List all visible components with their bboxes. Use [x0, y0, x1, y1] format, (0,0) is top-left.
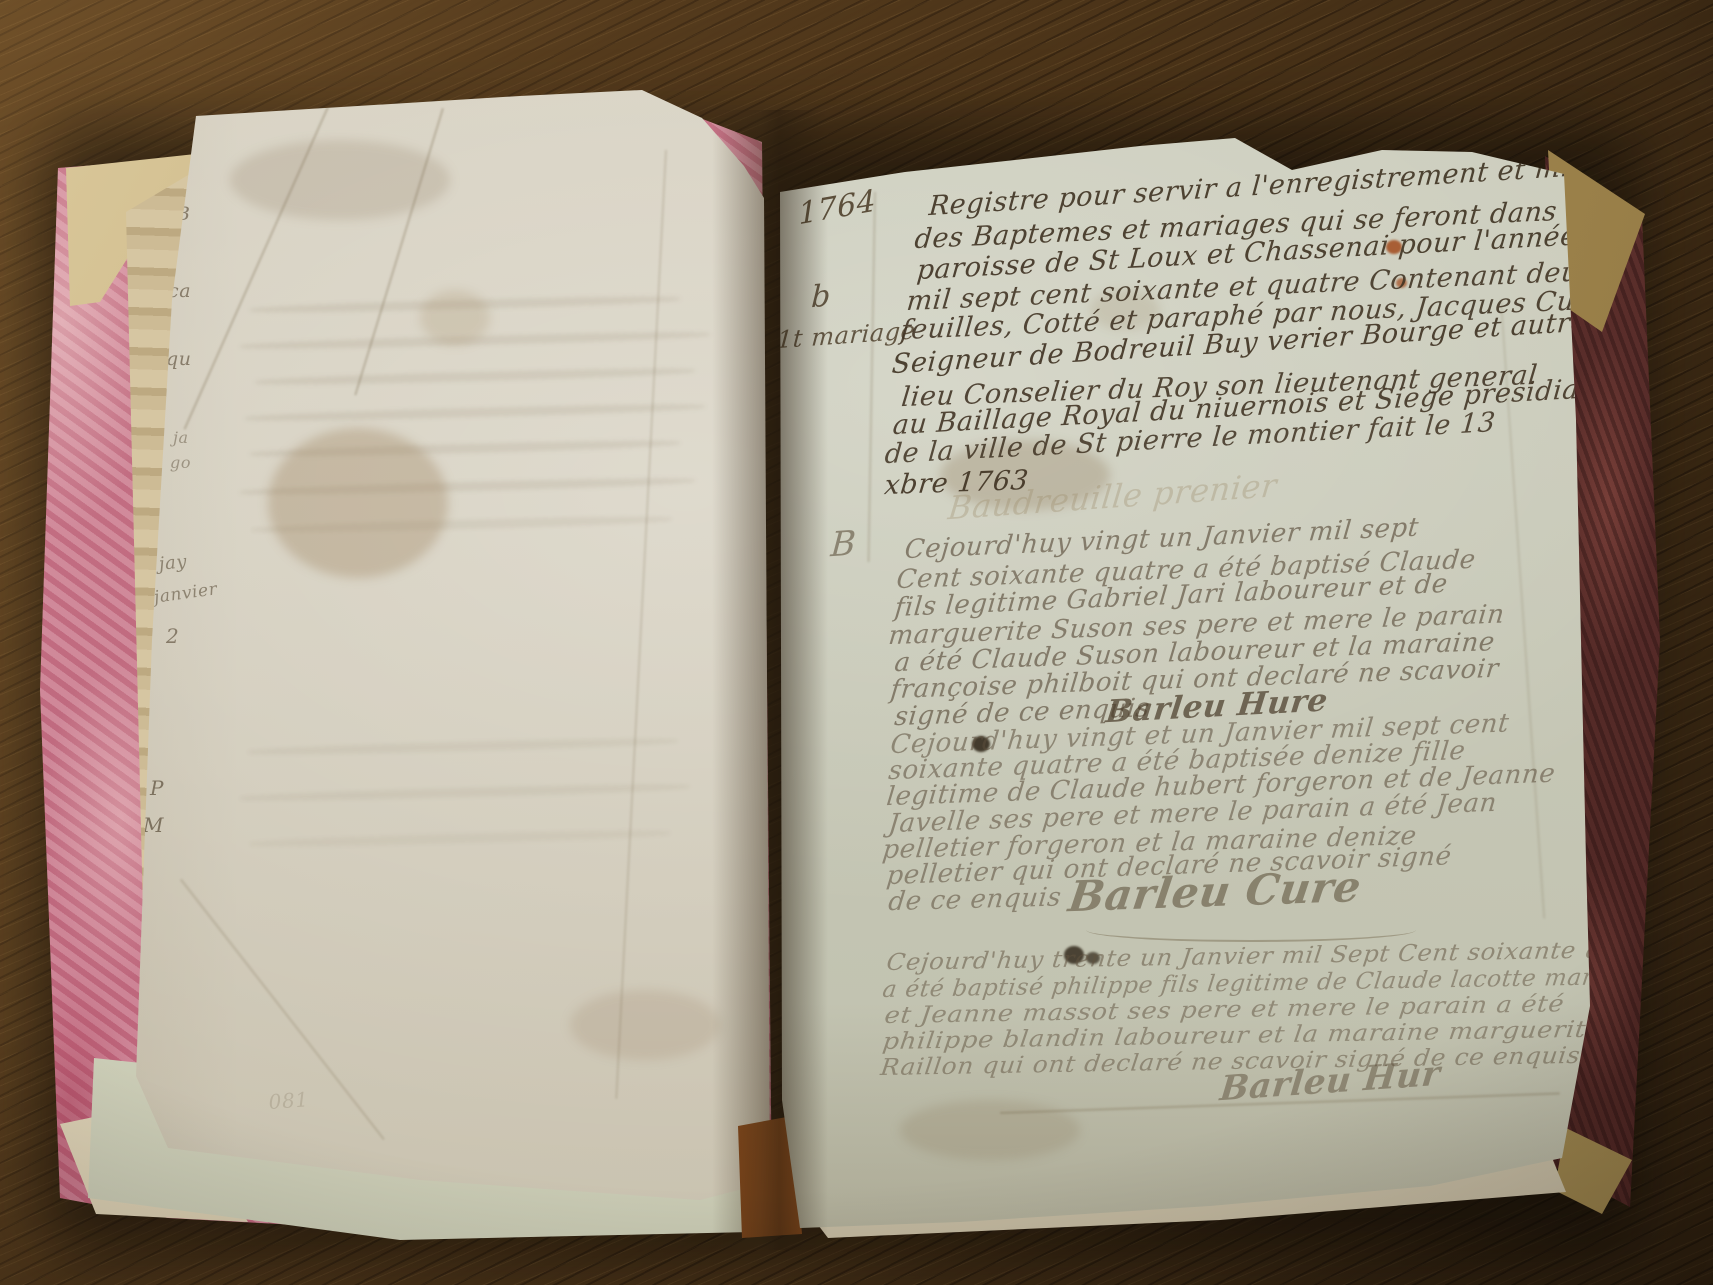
photo-canvas: B ca qu ja go jay janvier 2 P M 081 1764…	[0, 0, 1713, 1285]
vignette	[0, 0, 1713, 1285]
